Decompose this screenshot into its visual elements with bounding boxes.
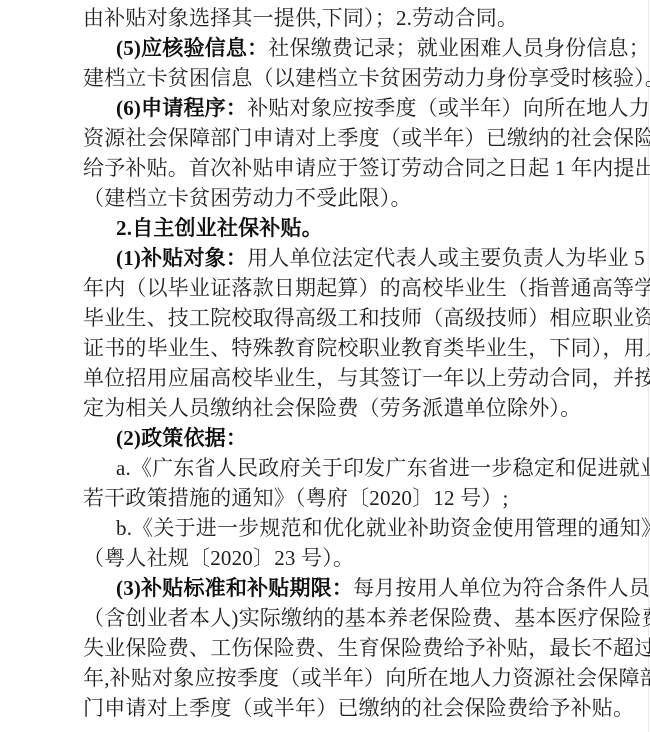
text-line: 证书的毕业生、特殊教育院校职业教育类毕业生，下同），用人 bbox=[83, 333, 570, 363]
line-lead-bold: (6)申请程序： bbox=[116, 96, 247, 120]
text-line: (1)补贴对象：用人单位法定代表人或主要负责人为毕业 5 bbox=[83, 243, 570, 273]
line-text: 由补贴对象选择其一提供,下同）；2.劳动合同。 bbox=[83, 6, 518, 30]
text-line: 年,补贴对象应按季度（或半年）向所在地人力资源社会保障部 bbox=[83, 663, 570, 693]
line-text: （含创业者本人)实际缴纳的基本养老保险费、基本医疗保险费、 bbox=[83, 606, 650, 630]
line-text: 建档立卡贫困信息（以建档立卡贫困劳动力身份享受时核验）。 bbox=[83, 66, 650, 90]
line-text: 证书的毕业生、特殊教育院校职业教育类毕业生，下同），用人 bbox=[83, 336, 650, 360]
line-lead-bold: (5)应核验信息： bbox=[116, 36, 268, 60]
text-line: 失业保险费、工伤保险费、生育保险费给予补贴，最长不超过 3 bbox=[83, 633, 570, 663]
line-text: 给予补贴。首次补贴申请应于签订劳动合同之日起 1 年内提出 bbox=[83, 156, 650, 180]
line-text: a.《广东省人民政府关于印发广东省进一步稳定和促进就业 bbox=[116, 456, 650, 480]
line-lead-bold: (3)补贴标准和补贴期限： bbox=[116, 576, 353, 600]
text-line: 若干政策措施的通知》（粤府〔2020〕12 号）; bbox=[83, 483, 570, 513]
text-line: 毕业生、技工院校取得高级工和技师（高级技师）相应职业资格 bbox=[83, 303, 570, 333]
line-text: 毕业生、技工院校取得高级工和技师（高级技师）相应职业资格 bbox=[83, 306, 650, 330]
line-lead-bold: (1)补贴对象： bbox=[116, 246, 247, 270]
line-text: 失业保险费、工伤保险费、生育保险费给予补贴，最长不超过 3 bbox=[83, 636, 650, 660]
line-text: 若干政策措施的通知》（粤府〔2020〕12 号）; bbox=[83, 486, 509, 510]
text-line: a.《广东省人民政府关于印发广东省进一步稳定和促进就业 bbox=[83, 453, 570, 483]
document-body: 由补贴对象选择其一提供,下同）；2.劳动合同。(5)应核验信息：社保缴费记录；就… bbox=[83, 3, 570, 723]
text-line: 2.自主创业社保补贴。 bbox=[83, 213, 570, 243]
text-line: 建档立卡贫困信息（以建档立卡贫困劳动力身份享受时核验）。 bbox=[83, 63, 570, 93]
text-line: （粤人社规〔2020〕23 号）。 bbox=[83, 543, 570, 573]
line-text: 年,补贴对象应按季度（或半年）向所在地人力资源社会保障部 bbox=[83, 666, 650, 690]
line-text: 每月按用人单位为符合条件人员 bbox=[353, 576, 650, 600]
text-line: 年内（以毕业证落款日期起算）的高校毕业生（指普通高等学校 bbox=[83, 273, 570, 303]
text-line: （含创业者本人)实际缴纳的基本养老保险费、基本医疗保险费、 bbox=[83, 603, 570, 633]
line-text: 社保缴费记录；就业困难人员身份信息； bbox=[268, 36, 650, 60]
line-text: 用人单位法定代表人或主要负责人为毕业 5 bbox=[247, 246, 645, 270]
line-text: b.《关于进一步规范和优化就业补助资金使用管理的通知》 bbox=[116, 516, 650, 540]
text-line: (5)应核验信息：社保缴费记录；就业困难人员身份信息； bbox=[83, 33, 570, 63]
line-text: 定为相关人员缴纳社会保险费（劳务派遣单位除外）。 bbox=[83, 396, 581, 420]
text-line: 单位招用应届高校毕业生，与其签订一年以上劳动合同，并按规 bbox=[83, 363, 570, 393]
text-line: （建档立卡贫困劳动力不受此限）。 bbox=[83, 183, 570, 213]
line-text: 年内（以毕业证落款日期起算）的高校毕业生（指普通高等学校 bbox=[83, 276, 650, 300]
text-line: 门申请对上季度（或半年）已缴纳的社会保险费给予补贴。 bbox=[83, 693, 570, 723]
document-page: 由补贴对象选择其一提供,下同）；2.劳动合同。(5)应核验信息：社保缴费记录；就… bbox=[0, 0, 650, 732]
text-line: (2)政策依据： bbox=[83, 423, 570, 453]
line-text: 资源社会保障部门申请对上季度（或半年）已缴纳的社会保险费 bbox=[83, 126, 650, 150]
line-lead-bold: 2.自主创业社保补贴。 bbox=[116, 216, 323, 240]
text-line: (6)申请程序：补贴对象应按季度（或半年）向所在地人力 bbox=[83, 93, 570, 123]
line-lead-bold: (2)政策依据： bbox=[116, 426, 247, 450]
line-text: 单位招用应届高校毕业生，与其签订一年以上劳动合同，并按规 bbox=[83, 366, 650, 390]
line-text: （建档立卡贫困劳动力不受此限）。 bbox=[83, 186, 412, 210]
text-line: 定为相关人员缴纳社会保险费（劳务派遣单位除外）。 bbox=[83, 393, 570, 423]
line-text: 门申请对上季度（或半年）已缴纳的社会保险费给予补贴。 bbox=[83, 696, 634, 720]
text-line: 资源社会保障部门申请对上季度（或半年）已缴纳的社会保险费 bbox=[83, 123, 570, 153]
text-line: 给予补贴。首次补贴申请应于签订劳动合同之日起 1 年内提出 bbox=[83, 153, 570, 183]
text-line: 由补贴对象选择其一提供,下同）；2.劳动合同。 bbox=[83, 3, 570, 33]
text-line: (3)补贴标准和补贴期限：每月按用人单位为符合条件人员 bbox=[83, 573, 570, 603]
line-text: 补贴对象应按季度（或半年）向所在地人力 bbox=[247, 96, 650, 120]
text-line: b.《关于进一步规范和优化就业补助资金使用管理的通知》 bbox=[83, 513, 570, 543]
line-text: （粤人社规〔2020〕23 号）。 bbox=[83, 546, 354, 570]
